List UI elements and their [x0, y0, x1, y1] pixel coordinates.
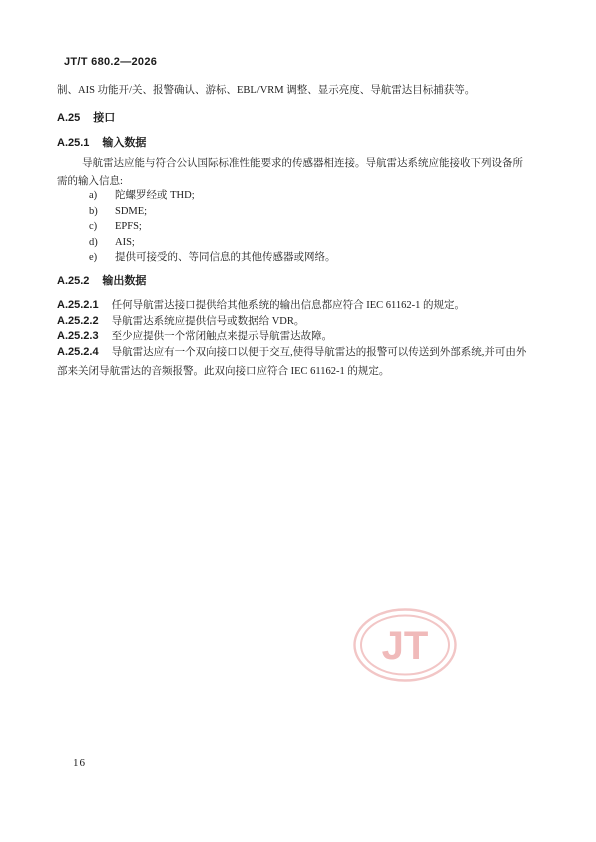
- list-item-text: SDME;: [115, 206, 147, 217]
- clause-text: 导航雷达系统应提供信号或数据给 VDR。: [112, 316, 305, 327]
- list-item-label: e): [89, 250, 115, 266]
- list-item: c)EPFS;: [57, 219, 531, 235]
- intro-paragraph-continuation: 制、AIS 功能开/关、报警确认、游标、EBL/VRM 调整、显示亮度、导航雷达…: [57, 84, 531, 97]
- list-item-label: c): [89, 219, 115, 235]
- section-number: A.25: [57, 112, 80, 124]
- section-number: A.25.1: [57, 137, 89, 149]
- list-item: d)AIS;: [57, 235, 531, 251]
- list-item-label: d): [89, 235, 115, 251]
- section-title: 输入数据: [102, 137, 146, 149]
- list-item: b)SDME;: [57, 204, 531, 220]
- list-item-text: EPFS;: [115, 221, 142, 232]
- clause-number: A.25.2.4: [57, 346, 99, 358]
- section-title: 接口: [93, 112, 115, 124]
- clause-number: A.25.2.3: [57, 330, 99, 342]
- document-page: JT/T 680.2—2026 制、AIS 功能开/关、报警确认、游标、EBL/…: [0, 0, 596, 842]
- clause-text: 导航雷达应有一个双向接口以便于交互,使得导航雷达的报警可以传送到外部系统,并可由…: [57, 347, 526, 377]
- list-item: e)提供可接受的、等同信息的其他传感器或网络。: [57, 250, 531, 266]
- section-heading-a25-1: A.25.1输入数据: [57, 134, 531, 150]
- section-heading-a25: A.25接口: [57, 109, 531, 125]
- jt-logo-watermark: JT: [352, 607, 458, 683]
- clause-number: A.25.2.1: [57, 299, 99, 311]
- standard-number-header: JT/T 680.2—2026: [64, 56, 157, 68]
- list-item: a)陀螺罗经或 THD;: [57, 188, 531, 204]
- input-data-paragraph: 导航雷达应能与符合公认国际标准性能要求的传感器相连接。导航雷达系统应能接收下列设…: [57, 155, 531, 191]
- list-item-label: a): [89, 188, 115, 204]
- list-item-text: 提供可接受的、等同信息的其他传感器或网络。: [115, 252, 336, 263]
- clause-a25-2-4: A.25.2.4导航雷达应有一个双向接口以便于交互,使得导航雷达的报警可以传送到…: [57, 343, 531, 381]
- section-title: 输出数据: [102, 275, 146, 287]
- section-heading-a25-2: A.25.2输出数据: [57, 272, 531, 288]
- page-number: 16: [73, 757, 86, 769]
- list-item-text: 陀螺罗经或 THD;: [115, 190, 195, 201]
- clause-text: 任何导航雷达接口提供给其他系统的输出信息都应符合 IEC 61162-1 的规定…: [112, 300, 465, 311]
- watermark-jt-text: JT: [382, 624, 429, 668]
- list-item-label: b): [89, 204, 115, 220]
- input-sources-list: a)陀螺罗经或 THD; b)SDME; c)EPFS; d)AIS; e)提供…: [57, 188, 531, 266]
- list-item-text: AIS;: [115, 237, 135, 248]
- section-number: A.25.2: [57, 275, 89, 287]
- clause-number: A.25.2.2: [57, 315, 99, 327]
- clause-text: 至少应提供一个常闭触点来提示导航雷达故障。: [112, 331, 333, 342]
